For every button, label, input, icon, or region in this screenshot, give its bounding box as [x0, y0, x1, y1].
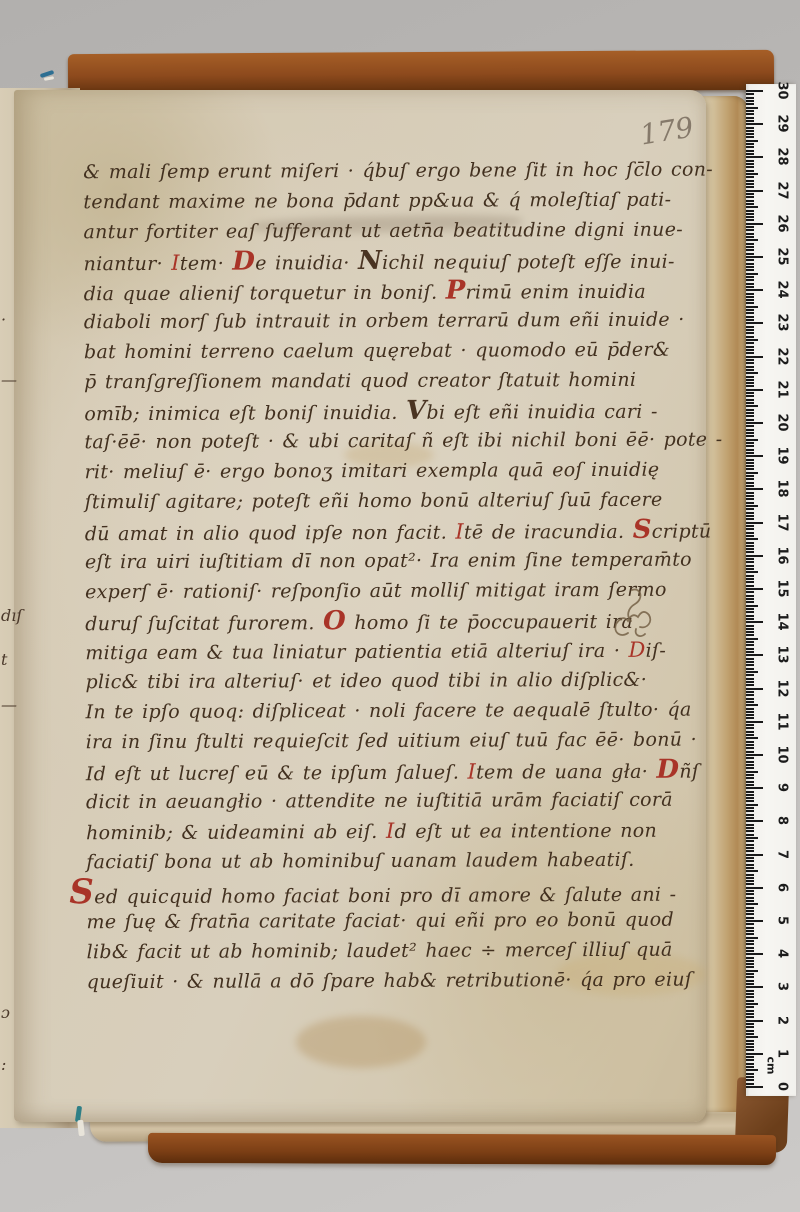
ruler-tick — [746, 761, 754, 763]
ruler-tick — [746, 777, 754, 779]
manuscript-photo: 179 & mali ſemp erunt miſeri · q́buſ erg… — [0, 0, 800, 1212]
ruler-tick — [746, 588, 763, 590]
ruler-tick — [746, 774, 754, 776]
ruler-tick — [746, 678, 754, 680]
ruler-tick — [746, 97, 754, 99]
ruler-tick — [746, 714, 754, 716]
ruler-tick — [746, 694, 754, 696]
ruler-tick — [746, 339, 758, 341]
ruler-tick — [746, 535, 754, 537]
ruler-tick — [746, 293, 754, 295]
ruler-tick — [746, 153, 754, 155]
manuscript-line: In te ipſo quoq: diſpliceat · noli facer… — [86, 695, 652, 727]
ruler-tick — [746, 966, 754, 968]
ruler-tick — [746, 522, 763, 524]
ruler-number: 15 — [775, 578, 790, 600]
manuscript-line: plic& tibi ira alteriuſ· et ideo quod ti… — [85, 665, 651, 697]
ruler-tick — [746, 176, 754, 178]
ruler-tick — [746, 366, 754, 368]
ruler-tick — [746, 943, 754, 945]
ruler-tick — [746, 751, 754, 753]
manuscript-line: rit· meliuſ ē· ergo bonoʒ imitari exempl… — [84, 455, 650, 487]
ruler-tick — [746, 515, 754, 517]
manuscript-line: omīb; inimica eſt boniſ inuidia. Vbi eſt… — [84, 395, 650, 427]
ruler-tick — [746, 425, 754, 427]
ruler-tick — [746, 937, 758, 939]
ruler-tick — [746, 611, 754, 613]
ruler-tick — [746, 352, 754, 354]
ruler-tick — [746, 820, 763, 822]
ruler-tick — [746, 548, 754, 550]
ruler-tick — [746, 253, 754, 255]
ruler-tick — [746, 452, 754, 454]
ruler-tick — [746, 824, 754, 826]
book-cover-bottom-edge — [148, 1133, 776, 1165]
ruler-tick — [746, 681, 754, 683]
gutter-text-fragment: dıſ — [1, 608, 22, 624]
ruler-tick — [746, 890, 754, 892]
ruler-number: 6 — [775, 876, 790, 898]
ruler-tick — [746, 727, 754, 729]
ruler-tick — [746, 1023, 754, 1025]
ruler-number: 17 — [775, 511, 790, 533]
ruler-tick — [746, 551, 754, 553]
ruler-tick — [746, 1013, 754, 1015]
ruler-tick — [746, 834, 754, 836]
ruler-number: 19 — [775, 445, 790, 467]
ruler-tick — [746, 356, 763, 358]
ruler-number: 21 — [775, 378, 790, 400]
ruler-tick — [746, 279, 754, 281]
ruler-tick — [746, 249, 754, 251]
ruler-tick — [746, 913, 754, 915]
ruler-tick — [746, 508, 754, 510]
ruler-tick — [746, 615, 754, 617]
ruler-tick — [746, 322, 763, 324]
ruler-tick — [746, 893, 754, 895]
ruler-tick — [746, 312, 754, 314]
ruler-tick — [746, 804, 758, 806]
ruler-tick — [746, 140, 758, 142]
ruler-tick — [746, 957, 754, 959]
ruler-number: 0 — [775, 1076, 790, 1098]
ruler-tick — [746, 120, 754, 122]
ruler-tick — [746, 289, 763, 291]
ruler-tick — [746, 844, 754, 846]
ruler-number: 30 — [775, 80, 790, 102]
ruler-tick — [746, 658, 754, 660]
ruler-tick — [746, 864, 754, 866]
ruler-number: 27 — [775, 179, 790, 201]
ruler-number: 25 — [775, 246, 790, 268]
ruler-tick — [746, 402, 754, 404]
ruler-tick — [746, 173, 758, 175]
manuscript-line: ſtimuliſ agitare; poteſt eñi homo bonū a… — [85, 485, 651, 517]
ruler-tick — [746, 1016, 754, 1018]
ruler-tick — [746, 478, 754, 480]
ruler-tick — [746, 405, 758, 407]
manuscript-line: dicit in aeuangłio · attendite ne iuſtit… — [86, 785, 652, 817]
ruler-number: 10 — [775, 744, 790, 766]
ruler-tick — [746, 219, 754, 221]
ruler-tick — [746, 449, 754, 451]
ruler-tick — [746, 575, 754, 577]
ruler-tick — [746, 641, 754, 643]
ruler-tick — [746, 734, 754, 736]
ruler-tick — [746, 229, 754, 231]
ruler-tick — [746, 781, 754, 783]
ruler-tick — [746, 757, 754, 759]
ruler-tick — [746, 737, 758, 739]
ruler-tick — [746, 528, 754, 530]
ruler-tick — [746, 1010, 754, 1012]
ruler-tick — [746, 708, 754, 710]
ruler-tick — [746, 800, 754, 802]
ruler-tick — [746, 233, 754, 235]
ruler-tick — [746, 578, 754, 580]
ruler-tick — [746, 475, 754, 477]
ruler-tick — [746, 150, 754, 152]
ruler-tick — [746, 1083, 754, 1085]
manuscript-line: dū amat in alio quod ipſe non facit. Itē… — [85, 515, 651, 547]
ruler-tick — [746, 983, 754, 985]
ruler-tick — [746, 525, 754, 527]
ruler-unit-label: cm — [765, 1055, 778, 1077]
ruler-number: 18 — [775, 478, 790, 500]
ruler-tick — [746, 336, 754, 338]
ruler-tick — [746, 495, 754, 497]
manuscript-line: & mali ſemp erunt miſeri · q́buſ ergo be… — [83, 155, 649, 187]
ruler-tick — [746, 223, 763, 225]
ruler-tick — [746, 276, 754, 278]
ruler-tick — [746, 160, 754, 162]
ruler-tick — [746, 392, 754, 394]
ruler-tick — [746, 1076, 754, 1078]
ruler-tick — [746, 1079, 754, 1081]
ruler-tick — [746, 186, 754, 188]
ruler-tick — [746, 840, 754, 842]
ruler-number: 2 — [775, 1009, 790, 1031]
ruler-tick — [746, 465, 754, 467]
manuscript-line: p̄ tranſgreſſionem mandati quod creator … — [84, 365, 650, 397]
ruler-tick — [746, 887, 763, 889]
ruler-tick — [746, 259, 754, 261]
ruler-tick — [746, 810, 754, 812]
ruler-tick — [746, 920, 763, 922]
ruler-tick — [746, 512, 754, 514]
manuscript-line: queſiuit · & nullā a dō ſpare hab& retri… — [87, 965, 653, 997]
manuscript-line: duruſ ſuſcitat furorem. O homo ſi te p̄o… — [85, 605, 651, 637]
ruler-tick — [746, 462, 754, 464]
ruler-number: 8 — [775, 810, 790, 832]
ruler-tick — [746, 960, 754, 962]
ruler-tick — [746, 767, 754, 769]
ruler-tick — [746, 455, 763, 457]
ruler-tick — [746, 130, 754, 132]
ruler-tick — [746, 376, 754, 378]
ruler-tick — [746, 581, 754, 583]
ruler-tick — [746, 827, 754, 829]
manuscript-line: faciatiſ bona ut ab hominibuſ uanam laud… — [86, 845, 652, 877]
ruler-tick — [746, 1020, 763, 1022]
ruler-tick — [746, 950, 754, 952]
ruler-tick — [746, 747, 754, 749]
ruler-number: 14 — [775, 611, 790, 633]
ruler-tick — [746, 156, 763, 158]
ruler-tick — [746, 236, 754, 238]
ruler-tick — [746, 1053, 763, 1055]
ruler-tick — [746, 362, 754, 364]
ruler-tick — [746, 163, 754, 165]
ruler-tick — [746, 651, 754, 653]
ruler-tick — [746, 349, 754, 351]
ruler-tick — [746, 283, 754, 285]
ruler-tick — [746, 100, 754, 102]
ruler-tick — [746, 953, 763, 955]
ruler-tick — [746, 1049, 754, 1051]
ruler-tick — [746, 807, 754, 809]
manuscript-line: taſ·ēē· non poteſt · & ubi caritaſ ñ eſt… — [84, 425, 650, 457]
ruler-tick — [746, 107, 758, 109]
ruler-tick — [746, 103, 754, 105]
ruler-tick — [746, 127, 754, 129]
ruler-tick — [746, 900, 754, 902]
ruler-tick — [746, 445, 754, 447]
ruler-tick — [746, 123, 763, 125]
manuscript-line: bat homini terreno caelum quęrebat · quo… — [84, 335, 650, 367]
ruler-tick — [746, 605, 758, 607]
ruler-tick — [746, 621, 763, 623]
ruler-tick — [746, 880, 754, 882]
ruler-number: 7 — [775, 843, 790, 865]
ruler-tick — [746, 459, 754, 461]
ruler-number: 29 — [775, 113, 790, 135]
ruler-tick — [746, 435, 754, 437]
ruler-tick — [746, 432, 754, 434]
ruler-tick — [746, 754, 763, 756]
ruler-tick — [746, 601, 754, 603]
ruler-tick — [746, 791, 754, 793]
ruler-tick — [746, 326, 754, 328]
ruler-tick — [746, 555, 763, 557]
ruler-tick — [746, 860, 754, 862]
ruler-tick — [746, 342, 754, 344]
ruler-tick — [746, 571, 758, 573]
ruler-tick — [746, 963, 754, 965]
ruler-tick — [746, 764, 754, 766]
ruler-tick — [746, 286, 754, 288]
ruler-tick — [746, 359, 754, 361]
ruler-tick — [746, 382, 754, 384]
ruler-tick — [746, 399, 754, 401]
gutter-text-fragment: — — [1, 697, 17, 713]
ruler-tick — [746, 482, 754, 484]
ruler-tick — [746, 442, 754, 444]
ruler-tick — [746, 263, 754, 265]
ruler-number: 23 — [775, 312, 790, 334]
ruler-tick — [746, 990, 754, 992]
ruler-tick — [746, 671, 758, 673]
ruler-tick — [746, 379, 754, 381]
ruler-tick — [746, 166, 754, 168]
ruler-tick — [746, 332, 754, 334]
ruler-tick — [746, 346, 754, 348]
ruler-tick — [746, 817, 754, 819]
ruler-tick — [746, 502, 754, 504]
ruler-number: 16 — [775, 544, 790, 566]
ruler-tick — [746, 1056, 754, 1058]
ruler-tick — [746, 266, 754, 268]
ruler-tick — [746, 193, 754, 195]
ruler-tick — [746, 1063, 754, 1065]
manuscript-line: ira in ſinu ſtulti requieſcit ſed uitium… — [86, 725, 652, 757]
ruler-tick — [746, 721, 763, 723]
ruler-tick — [746, 309, 754, 311]
ruler-tick — [746, 183, 754, 185]
ruler-tick — [746, 210, 754, 212]
ruler-tick — [746, 591, 754, 593]
ruler-tick — [746, 814, 754, 816]
ruler-tick — [746, 1003, 758, 1005]
ruler-tick — [746, 419, 754, 421]
ruler-tick — [746, 415, 754, 417]
ruler-tick — [746, 136, 754, 138]
ruler-tick — [746, 538, 758, 540]
ruler-tick — [746, 947, 754, 949]
ruler-tick — [746, 648, 754, 650]
ruler-tick — [746, 206, 758, 208]
ruler-tick — [746, 1026, 754, 1028]
ruler-number: 26 — [775, 212, 790, 234]
ruler-tick — [746, 973, 754, 975]
ruler-tick — [746, 870, 758, 872]
manuscript-line: mitiga eam & tua liniatur patientia etiā… — [85, 635, 651, 667]
ruler-tick — [746, 1059, 754, 1061]
manuscript-line: eſt ira uiri iuſtitiam dī non opat²· Ira… — [85, 545, 651, 577]
ruler-tick — [746, 299, 754, 301]
ruler-tick — [746, 146, 754, 148]
ruler-tick — [746, 701, 754, 703]
ruler-tick — [746, 485, 754, 487]
ruler-tick — [746, 857, 754, 859]
ruler-tick — [746, 691, 754, 693]
ruler-tick — [746, 243, 754, 245]
ruler-tick — [746, 830, 754, 832]
ruler-tick — [746, 170, 754, 172]
ruler-tick — [746, 986, 763, 988]
ruler-tick — [746, 704, 758, 706]
ruler-tick — [746, 661, 754, 663]
ruler-tick — [746, 1046, 754, 1048]
ruler-tick — [746, 634, 754, 636]
ruler-tick — [746, 518, 754, 520]
ruler-tick — [746, 545, 754, 547]
ruler-tick — [746, 329, 754, 331]
ruler-number: 11 — [775, 710, 790, 732]
ruler-tick — [746, 1036, 758, 1038]
ruler-tick — [746, 565, 754, 567]
ruler-tick — [746, 618, 754, 620]
ruler-tick — [746, 296, 754, 298]
gutter-text-fragment: · — [1, 312, 6, 328]
ruler-tick — [746, 412, 754, 414]
ruler-tick — [746, 711, 754, 713]
ruler-tick — [746, 110, 754, 112]
manuscript-line: Id eſt ut lucreſ eū & te ipſum ſalueſ. I… — [86, 755, 652, 787]
ruler-tick — [746, 854, 763, 856]
ruler-tick — [746, 910, 754, 912]
ruler-tick — [746, 203, 754, 205]
ruler-tick — [746, 385, 754, 387]
ruler-tick — [746, 1030, 754, 1032]
ruler-tick — [746, 837, 758, 839]
bookmark-thread-icon — [40, 70, 56, 84]
ruler-tick — [746, 542, 754, 544]
ruler-tick — [746, 498, 754, 500]
ruler-tick — [746, 744, 754, 746]
ruler-tick — [746, 980, 754, 982]
manuscript-line: diaboli morſ ſub intrauit in orbem terra… — [84, 305, 650, 337]
ruler-tick — [746, 273, 758, 275]
ruler-tick — [746, 117, 754, 119]
ruler-tick — [746, 492, 754, 494]
ruler-tick — [746, 216, 754, 218]
manuscript-line: hominib; & uideamini ab eiſ. Id eſt ut e… — [86, 815, 652, 847]
ruler-tick — [746, 488, 763, 490]
ruler-tick — [746, 319, 754, 321]
ruler-tick — [746, 1069, 758, 1071]
ruler-number: 3 — [775, 976, 790, 998]
ruler-tick — [746, 784, 754, 786]
ruler-tick — [746, 90, 763, 92]
ruler-tick — [746, 797, 754, 799]
gutter-text-fragment: t — [1, 652, 7, 668]
ruler-tick — [746, 585, 754, 587]
ruler-tick — [746, 93, 754, 95]
ruler-tick — [746, 239, 758, 241]
ruler-tick — [746, 1043, 754, 1045]
ruler-tick — [746, 794, 754, 796]
ruler-tick — [746, 598, 754, 600]
ruler-tick — [746, 674, 754, 676]
ruler-tick — [746, 771, 758, 773]
ruler-number: 5 — [775, 910, 790, 932]
gutter-text-fragment: : — [1, 1057, 6, 1073]
ruler-tick — [746, 369, 754, 371]
ruler-tick — [746, 923, 754, 925]
book-cover-top-edge — [68, 50, 774, 94]
manuscript-line: niantur· Item· De inuidia· Nichil nequiu… — [84, 245, 650, 277]
ruler-tick — [746, 638, 758, 640]
bookmark-thread-icon — [74, 1106, 88, 1140]
ruler-tick — [746, 316, 754, 318]
ruler-tick — [746, 883, 754, 885]
ruler-tick — [746, 787, 763, 789]
ruler-tick — [746, 625, 754, 627]
ruler-number: 22 — [775, 345, 790, 367]
ruler-tick — [746, 850, 754, 852]
manuscript-line: experſ ē· rationiſ· reſponſio aūt molliſ… — [85, 575, 651, 607]
manuscript-line: lib& facit ut ab hominib; laudet² haec ÷… — [87, 935, 653, 967]
ruler-tick — [746, 927, 754, 929]
ruler-tick — [746, 698, 754, 700]
ruler-tick — [746, 1073, 754, 1075]
ruler-tick — [746, 628, 754, 630]
page-fore-edge — [700, 96, 748, 1112]
ruler-tick — [746, 940, 754, 942]
ruler-tick — [746, 561, 754, 563]
text-block: & mali ſemp erunt miſeri · q́buſ ergo be… — [83, 155, 653, 997]
